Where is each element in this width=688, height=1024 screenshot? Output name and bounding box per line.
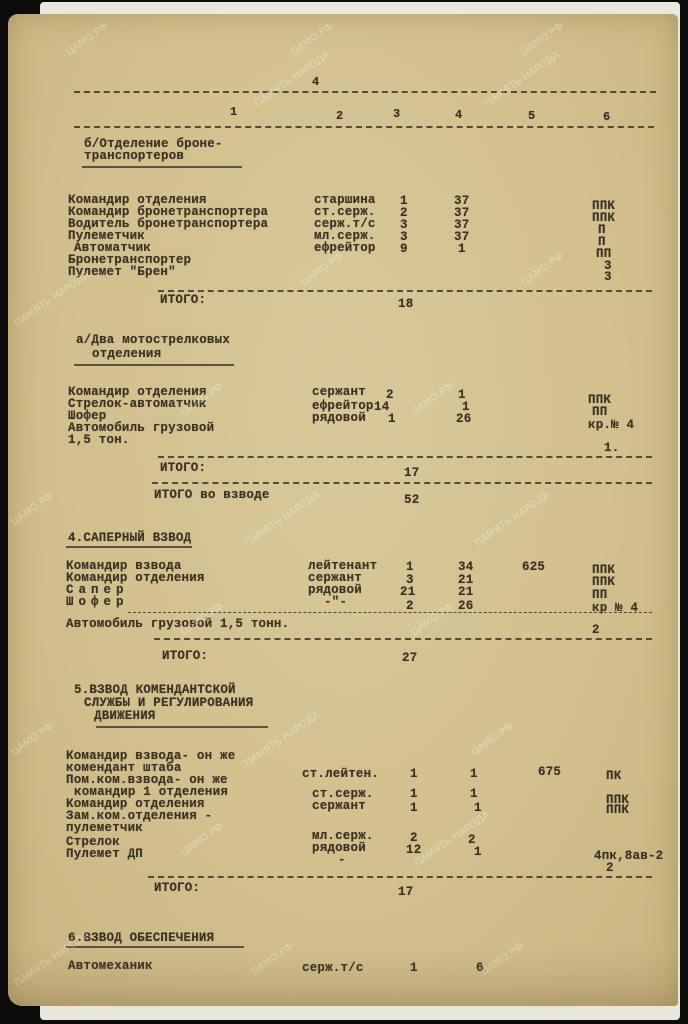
watermark: ПАМЯТЬ НАРОДА	[413, 809, 492, 869]
section-underline	[96, 726, 268, 728]
section-title: ДВИЖЕНИЯ	[94, 710, 156, 722]
section-title: 6.ВЗВОД ОБЕСПЕЧЕНИЯ	[68, 932, 214, 944]
watermark: ЦАМО.РФ	[9, 491, 55, 528]
vehicle-qty: 2	[592, 624, 600, 636]
watermark: ЦАМО.РФ	[64, 21, 110, 58]
watermark: ЦАМО.РФ	[299, 251, 345, 288]
total-rule	[154, 638, 652, 640]
section-title: транспортеров	[84, 150, 184, 162]
row-rule	[128, 612, 652, 613]
section-underline	[74, 364, 234, 366]
column-number-2: 2	[336, 110, 343, 122]
page-number: 4	[312, 76, 319, 88]
watermark: ЦАМО.РФ	[179, 821, 225, 858]
watermark: ЦАМО.РФ	[409, 601, 455, 638]
total-value: 17	[404, 467, 419, 479]
total-label: ИТОГО:	[160, 462, 206, 474]
watermark: ЦАМО.РФ	[519, 21, 565, 58]
watermark: ЦАМО.РФ	[249, 941, 295, 978]
section-title: а/Два мотострелковых	[76, 334, 230, 346]
section-title: отделения	[92, 348, 161, 360]
column-number-3: 3	[393, 108, 400, 120]
total-rule	[158, 290, 652, 292]
platoon-total-value: 52	[404, 494, 419, 506]
watermark: ЦАМО.РФ	[9, 721, 55, 758]
total-rule	[148, 876, 652, 878]
column-number-6: 6	[603, 111, 610, 123]
watermark: ПАМЯТЬ НАРОДА	[483, 49, 562, 109]
header-rule-bottom	[74, 126, 654, 128]
watermark: ЦАМО.РФ	[289, 21, 335, 58]
watermark: ЦАМО.РФ	[479, 941, 525, 978]
total-label: ИТОГО:	[162, 650, 208, 662]
total-rule	[158, 456, 652, 458]
total-label: ИТОГО:	[160, 294, 206, 306]
watermark: ЦАМО.РФ	[519, 251, 565, 288]
section-underline	[66, 546, 192, 548]
total-value: 18	[398, 298, 413, 310]
total-value: 17	[398, 886, 413, 898]
column-number-4: 4	[455, 109, 462, 121]
section-title: 4.САПЕРНЫЙ ВЗВОД	[68, 532, 191, 544]
watermark: ЦАМО.РФ	[469, 721, 515, 758]
document-page: 4 1 2 3 4 5 6 б/Отделение броне- транспо…	[8, 14, 678, 1006]
section-underline	[66, 946, 244, 948]
watermark: ПАМЯТЬ НАРОДА	[243, 709, 322, 769]
section-title: 5.ВЗВОД КОМЕНДАНТСКОЙ	[74, 684, 236, 696]
section-underline	[82, 166, 242, 168]
total-value: 27	[402, 652, 417, 664]
platoon-total-label: ИТОГО во взводе	[154, 489, 270, 501]
header-rule-top	[74, 91, 656, 93]
column-number-1: 1	[230, 106, 237, 118]
watermark: ЦАМО.РФ	[409, 381, 455, 418]
watermark: ПАМЯТЬ НАРОДА	[473, 489, 552, 549]
watermark: ПАМЯТЬ НАРОДА	[253, 49, 332, 109]
section-title: СЛУЖБЫ И РЕГУЛИРОВАНИЯ	[84, 697, 253, 709]
total-rule	[152, 482, 652, 484]
column-number-5: 5	[528, 110, 535, 122]
vehicle-line: Автомобиль грузовой 1,5 тонн.	[66, 618, 289, 630]
total-label: ИТОГО:	[154, 882, 200, 894]
